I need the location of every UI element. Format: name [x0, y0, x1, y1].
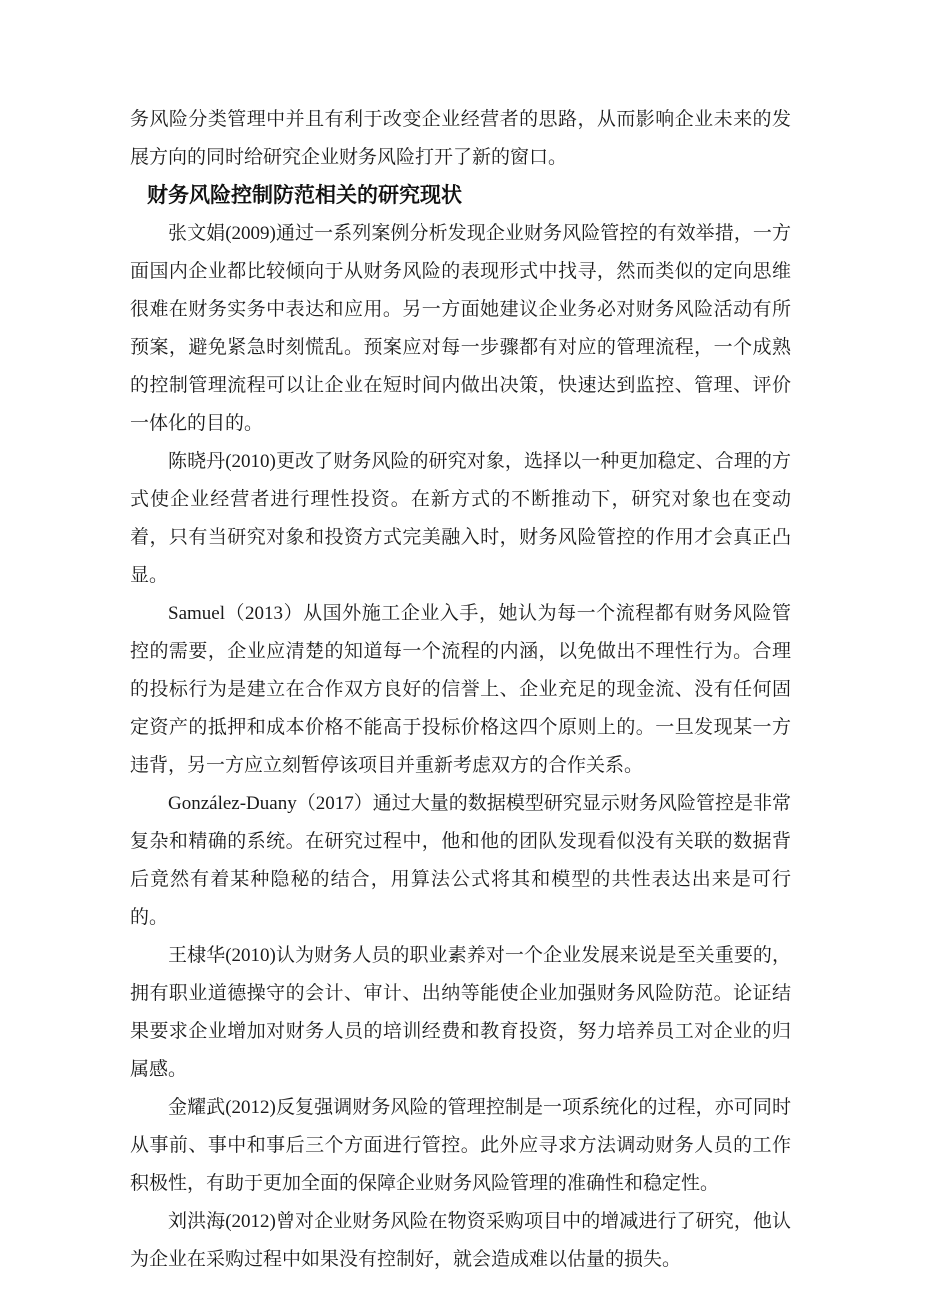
continuation-paragraph: 务风险分类管理中并且有利于改变企业经营者的思路，从而影响企业未来的发展方向的同时…: [130, 101, 791, 177]
paragraph-jin-yaowu: 金耀武(2012)反复强调财务风险的管理控制是一项系统化的过程，亦可同时从事前、…: [130, 1089, 791, 1203]
document-text-block: 务风险分类管理中并且有利于改变企业经营者的思路，从而影响企业未来的发展方向的同时…: [130, 101, 791, 1279]
document-page: 务风险分类管理中并且有利于改变企业经营者的思路，从而影响企业未来的发展方向的同时…: [0, 0, 926, 1309]
paragraph-wang-dihua: 王棣华(2010)认为财务人员的职业素养对一个企业发展来说是至关重要的，拥有职业…: [130, 937, 791, 1089]
paragraph-chen-xiaodan: 陈晓丹(2010)更改了财务风险的研究对象，选择以一种更加稳定、合理的方式使企业…: [130, 443, 791, 595]
section-heading: 财务风险控制防范相关的研究现状: [130, 177, 791, 215]
paragraph-samuel: Samuel（2013）从国外施工企业入手，她认为每一个流程都有财务风险管控的需…: [130, 595, 791, 785]
paragraph-zhang-wenjuan: 张文娟(2009)通过一系列案例分析发现企业财务风险管控的有效举措，一方面国内企…: [130, 215, 791, 443]
paragraph-gonzalez-duany: González-Duany（2017）通过大量的数据模型研究显示财务风险管控是…: [130, 785, 791, 937]
paragraph-liu-honghai: 刘洪海(2012)曾对企业财务风险在物资采购项目中的增减进行了研究，他认为企业在…: [130, 1203, 791, 1279]
